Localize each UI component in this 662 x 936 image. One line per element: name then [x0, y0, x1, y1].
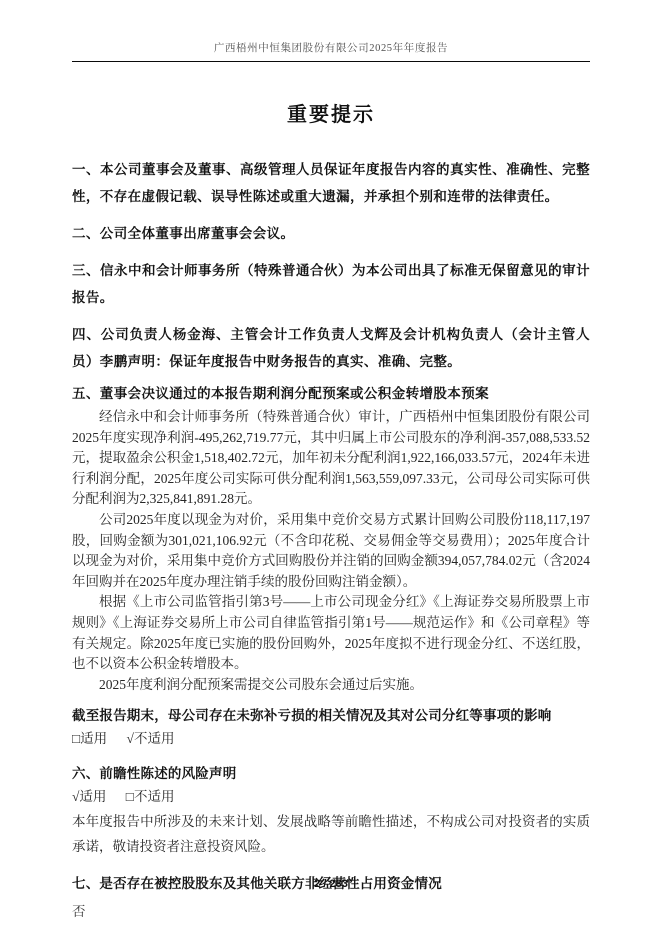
page-number: 2 / 283 — [314, 878, 348, 890]
page-title: 重要提示 — [72, 100, 590, 130]
notice-item-4: 四、公司负责人杨金海、主管会计工作负责人戈辉及会计机构负责人（会计主管人员）李鹏… — [72, 321, 590, 375]
section-5-heading: 五、董事会决议通过的本报告期利润分配预案或公积金转增股本预案 — [72, 381, 590, 407]
section-6-options: √适用 □不适用 — [72, 786, 590, 807]
section-5-paragraph-2: 公司2025年度以现金为对价，采用集中竞价交易方式累计回购公司股份118,117… — [72, 510, 590, 592]
section-7-answer: 否 — [72, 901, 590, 922]
section-6-heading: 六、前瞻性陈述的风险声明 — [72, 763, 590, 784]
section-6-body: 本年度报告中所涉及的未来计划、发展战略等前瞻性描述，不构成公司对投资者的实质承诺… — [72, 809, 590, 859]
report-page: 广西梧州中恒集团股份有限公司2025年年度报告 重要提示 一、本公司董事会及董事… — [0, 0, 662, 936]
forward-looking-not-applicable-option: □不适用 — [126, 789, 175, 804]
notice-item-1: 一、本公司董事会及董事、高级管理人员保证年度报告内容的真实性、准确性、完整性，不… — [72, 156, 590, 210]
section-5-paragraph-1: 经信永中和会计师事务所（特殊普通合伙）审计，广西梧州中恒集团股份有限公司2025… — [72, 407, 590, 510]
loss-applicable-option: □适用 — [72, 731, 107, 746]
forward-looking-applicable-option: √适用 — [72, 789, 106, 804]
document-header-title: 广西梧州中恒集团股份有限公司2025年年度报告 — [72, 40, 590, 55]
section-5-paragraph-3: 根据《上市公司监管指引第3号——上市公司现金分红》《上海证券交易所股票上市规则》… — [72, 592, 590, 674]
loss-statement-heading: 截至报告期末，母公司存在未弥补亏损的相关情况及其对公司分红等事项的影响 — [72, 705, 590, 726]
loss-statement-options: □适用 √不适用 — [72, 728, 590, 749]
notice-item-2: 二、公司全体董事出席董事会会议。 — [72, 220, 590, 247]
notice-item-3: 三、信永中和会计师事务所（特殊普通合伙）为本公司出具了标准无保留意见的审计报告。 — [72, 257, 590, 311]
page-footer: 2 / 283 — [0, 878, 662, 890]
loss-not-applicable-option: √不适用 — [127, 731, 175, 746]
page-header: 广西梧州中恒集团股份有限公司2025年年度报告 — [72, 40, 590, 62]
section-5-paragraph-4: 2025年度利润分配预案需提交公司股东会通过后实施。 — [72, 675, 590, 696]
